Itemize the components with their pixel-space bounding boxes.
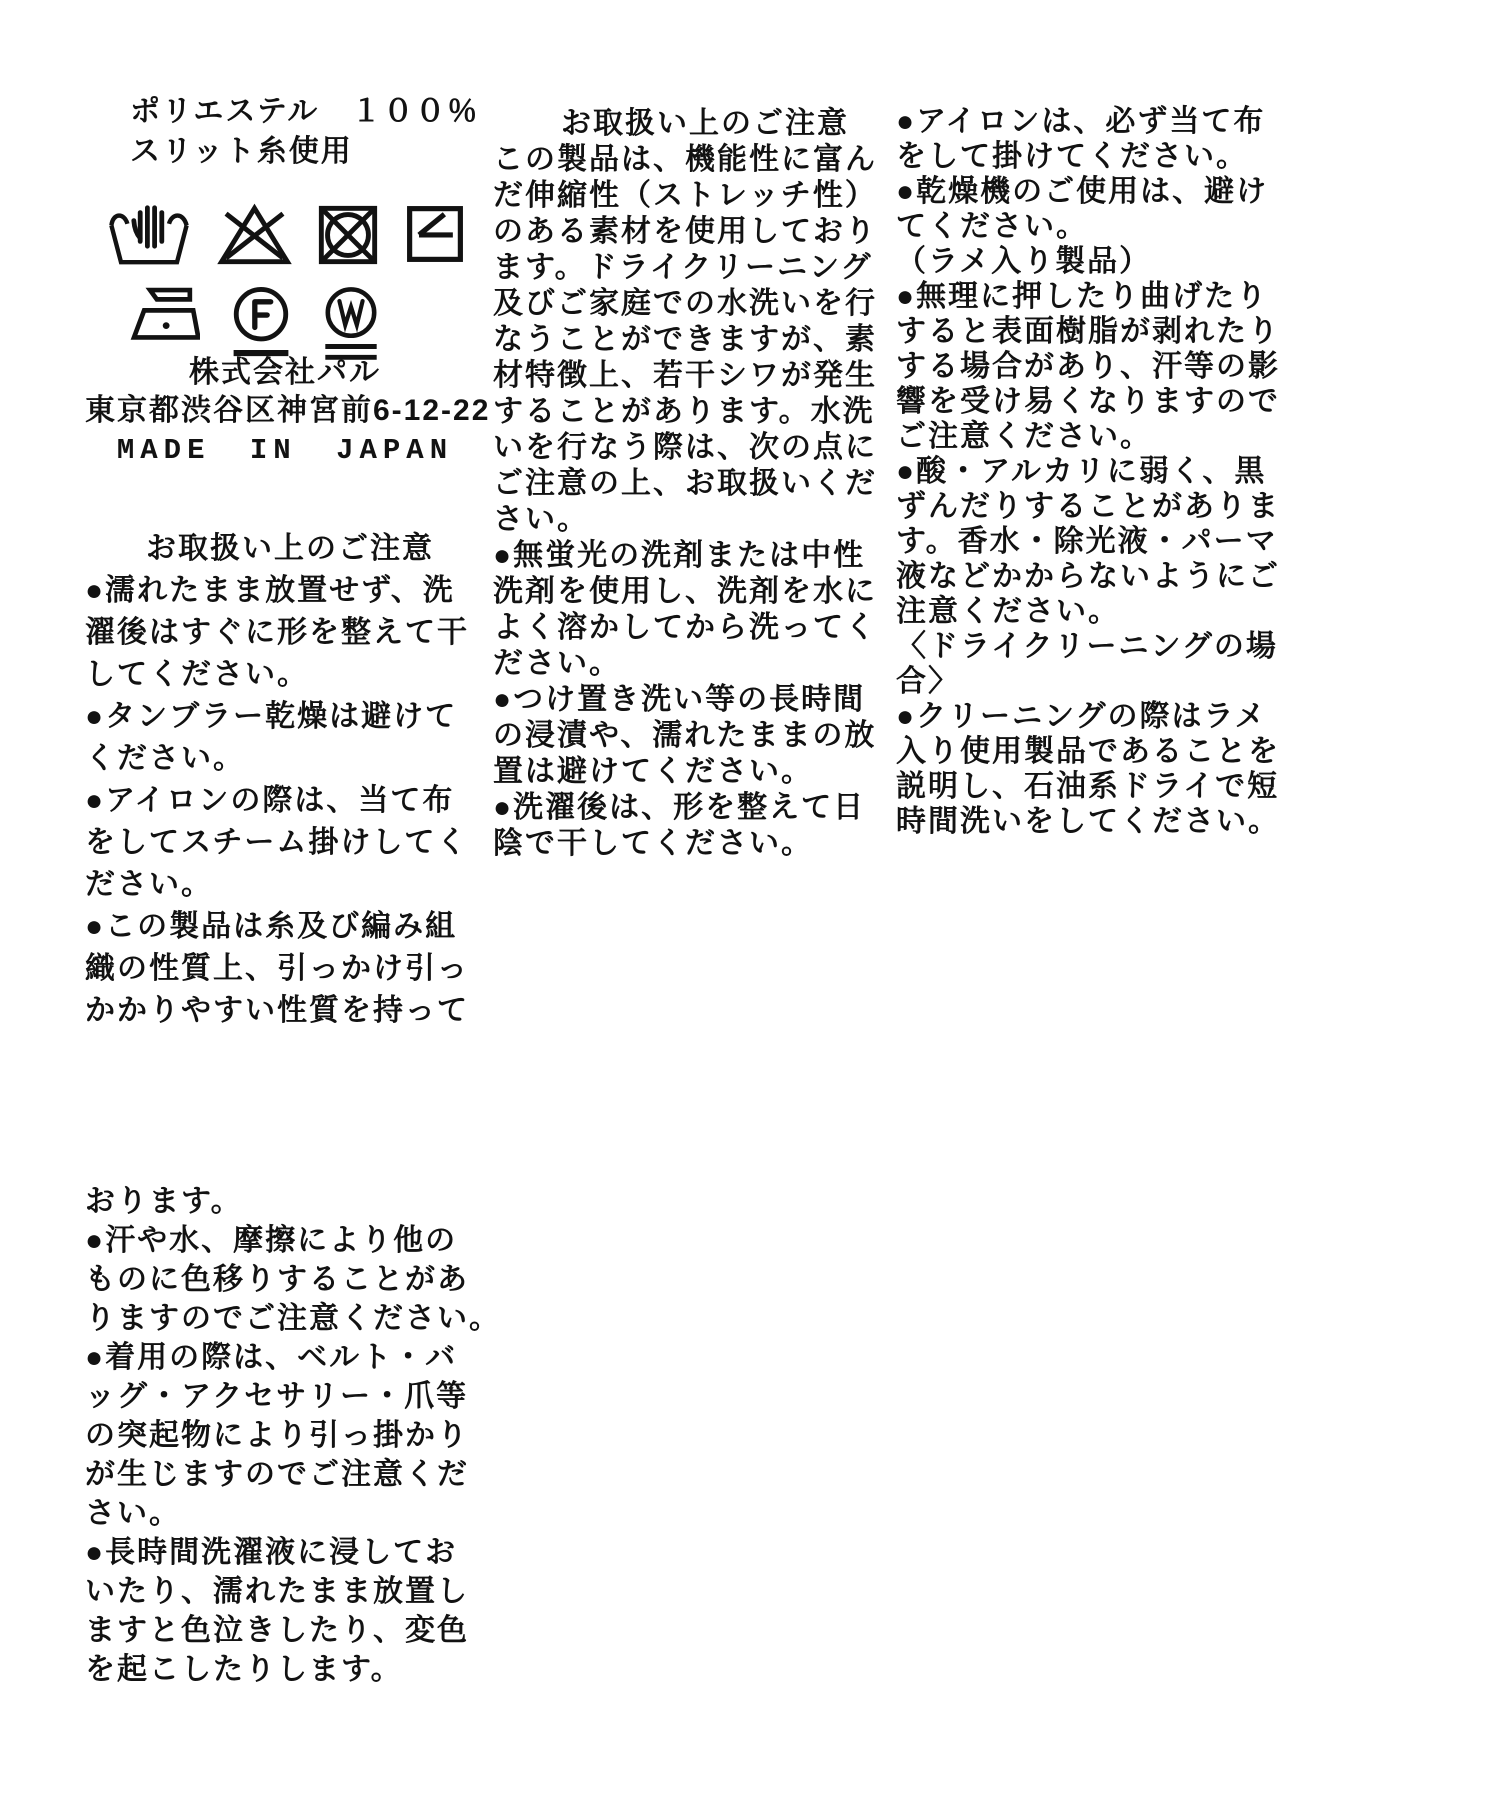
text-line: ●長時間洗濯液に浸してお: [85, 1533, 505, 1572]
text-line: りますのでご注意ください。: [85, 1299, 505, 1338]
do-not-bleach-icon: [217, 203, 292, 267]
text-line: ●着用の際は、ベルト・バ: [85, 1338, 505, 1377]
do-not-tumble-dry-icon: [316, 203, 380, 267]
text-line: ●酸・アルカリに弱く、黒: [896, 454, 1326, 489]
material-composition: ポリエステル １００％スリット糸使用: [130, 92, 550, 172]
text-line: ●無蛍光の洗剤または中性: [493, 538, 917, 574]
text-line: さい。: [493, 502, 917, 538]
care-notice-left-continued: おります。●汗や水、摩擦により他のものに色移りすることがありますのでご注意くださ…: [85, 1182, 505, 1689]
care-notice-left-body: ●濡れたまま放置せず、洗濯後はすぐに形を整えて干してください。●タンブラー乾燥は…: [85, 570, 495, 1032]
text-line: の突起物により引っ掛かり: [85, 1416, 505, 1455]
text-line: ご注意の上、お取扱いくだ: [493, 466, 917, 502]
text-line: 〈ドライクリーニングの場: [896, 629, 1326, 664]
dry-clean-petroleum-gentle-icon: [230, 285, 292, 361]
text-line: ッグ・アクセサリー・爪等: [85, 1377, 505, 1416]
care-notice-middle-body: この製品は、機能性に富んだ伸縮性（ストレッチ性）のある素材を使用しております。ド…: [493, 142, 917, 862]
text-line: いを行なう際は、次の点に: [493, 430, 917, 466]
text-line: のある素材を使用しており: [493, 214, 917, 250]
text-line: ●無理に押したり曲げたり: [896, 279, 1326, 314]
text-line: ご注意ください。: [896, 419, 1326, 454]
text-line: かかりやすい性質を持って: [85, 990, 495, 1032]
care-symbols-row-1: [105, 203, 466, 267]
text-line: 説明し、石油系ドライで短: [896, 769, 1326, 804]
text-line: 織の性質上、引っかけ引っ: [85, 948, 495, 990]
text-line: ●タンブラー乾燥は避けて: [85, 696, 495, 738]
text-line: 洗剤を使用し、洗剤を水に: [493, 574, 917, 610]
text-line: 時間洗いをしてください。: [896, 804, 1326, 839]
care-label-sheet: ポリエステル １００％スリット糸使用: [0, 0, 1500, 1800]
text-line: ものに色移りすることがあ: [85, 1260, 505, 1299]
maker-block: 株式会社パル 東京都渋谷区神宮前6-12-22 MADE IN JAPAN: [85, 354, 485, 470]
text-line: 響を受け易くなりますので: [896, 384, 1326, 419]
text-line: す。香水・除光液・パーマ: [896, 524, 1326, 559]
text-line: 陰で干してください。: [493, 826, 917, 862]
text-line: が生じますのでご注意くだ: [85, 1455, 505, 1494]
text-line: 濯後はすぐに形を整えて干: [85, 612, 495, 654]
care-notice-middle: お取扱い上のご注意 この製品は、機能性に富んだ伸縮性（ストレッチ性）のある素材を…: [493, 106, 917, 862]
text-line: してください。: [85, 654, 495, 696]
text-line: さい。: [85, 1494, 505, 1533]
text-line: ●濡れたまま放置せず、洗: [85, 570, 495, 612]
manufacturer-name: 株式会社パル: [85, 354, 485, 392]
hand-wash-icon: [105, 203, 193, 267]
text-line: ください。: [85, 738, 495, 780]
text-line: 注意ください。: [896, 594, 1326, 629]
country-of-origin: MADE IN JAPAN: [85, 432, 485, 470]
text-line: をして掛けてください。: [896, 139, 1326, 174]
manufacturer-address: 東京都渋谷区神宮前6-12-22: [85, 392, 485, 430]
text-line: ●この製品は糸及び編み組: [85, 906, 495, 948]
text-line: （ラメ入り製品）: [896, 244, 1326, 279]
text-line: ださい。: [85, 864, 495, 906]
text-line: すると表面樹脂が剥れたり: [896, 314, 1326, 349]
text-line: なうことができますが、素: [493, 322, 917, 358]
text-line: 及びご家庭での水洗いを行: [493, 286, 917, 322]
care-notice-left: お取扱い上のご注意 ●濡れたまま放置せず、洗濯後はすぐに形を整えて干してください…: [85, 528, 495, 1032]
text-line: の浸漬や、濡れたままの放: [493, 718, 917, 754]
text-line: 材特徴上、若干シワが発生: [493, 358, 917, 394]
text-line: ●アイロンの際は、当て布: [85, 780, 495, 822]
text-line: ●汗や水、摩擦により他の: [85, 1221, 505, 1260]
text-line: スリット糸使用: [130, 132, 550, 172]
text-line: ●アイロンは、必ず当て布: [896, 104, 1326, 139]
text-line: いたり、濡れたまま放置し: [85, 1572, 505, 1611]
care-symbols-row-2: [112, 285, 380, 365]
text-line: ●乾燥機のご使用は、避け: [896, 174, 1326, 209]
text-line: することがあります。水洗: [493, 394, 917, 430]
text-line: をしてスチーム掛けしてく: [85, 822, 495, 864]
text-line: ●洗濯後は、形を整えて日: [493, 790, 917, 826]
iron-low-temp-icon: [112, 285, 200, 351]
text-line: ずんだりすることがありま: [896, 489, 1326, 524]
flat-dry-in-shade-icon: [404, 203, 466, 265]
text-line: する場合があり、汗等の影: [896, 349, 1326, 384]
text-line: だ伸縮性（ストレッチ性）: [493, 178, 917, 214]
text-line: 入り使用製品であることを: [896, 734, 1326, 769]
text-line: 置は避けてください。: [493, 754, 917, 790]
text-line: を起こしたりします。: [85, 1650, 505, 1689]
text-line: この製品は、機能性に富ん: [493, 142, 917, 178]
text-line: よく溶かしてから洗ってく: [493, 610, 917, 646]
care-notice-right: ●アイロンは、必ず当て布をして掛けてください。●乾燥機のご使用は、避けてください…: [896, 104, 1326, 839]
text-line: てください。: [896, 209, 1326, 244]
text-line: 合〉: [896, 664, 1326, 699]
wet-clean-very-gentle-icon: [322, 285, 380, 365]
care-notice-left-heading: お取扱い上のご注意: [85, 528, 495, 570]
text-line: 液などかからないようにご: [896, 559, 1326, 594]
text-line: ●クリーニングの際はラメ: [896, 699, 1326, 734]
text-line: ます。ドライクリーニング: [493, 250, 917, 286]
text-line: ますと色泣きしたり、変色: [85, 1611, 505, 1650]
text-line: ださい。: [493, 646, 917, 682]
care-notice-middle-heading: お取扱い上のご注意: [493, 106, 917, 142]
text-line: ●つけ置き洗い等の長時間: [493, 682, 917, 718]
text-line: ポリエステル １００％: [130, 92, 550, 132]
text-line: おります。: [85, 1182, 505, 1221]
